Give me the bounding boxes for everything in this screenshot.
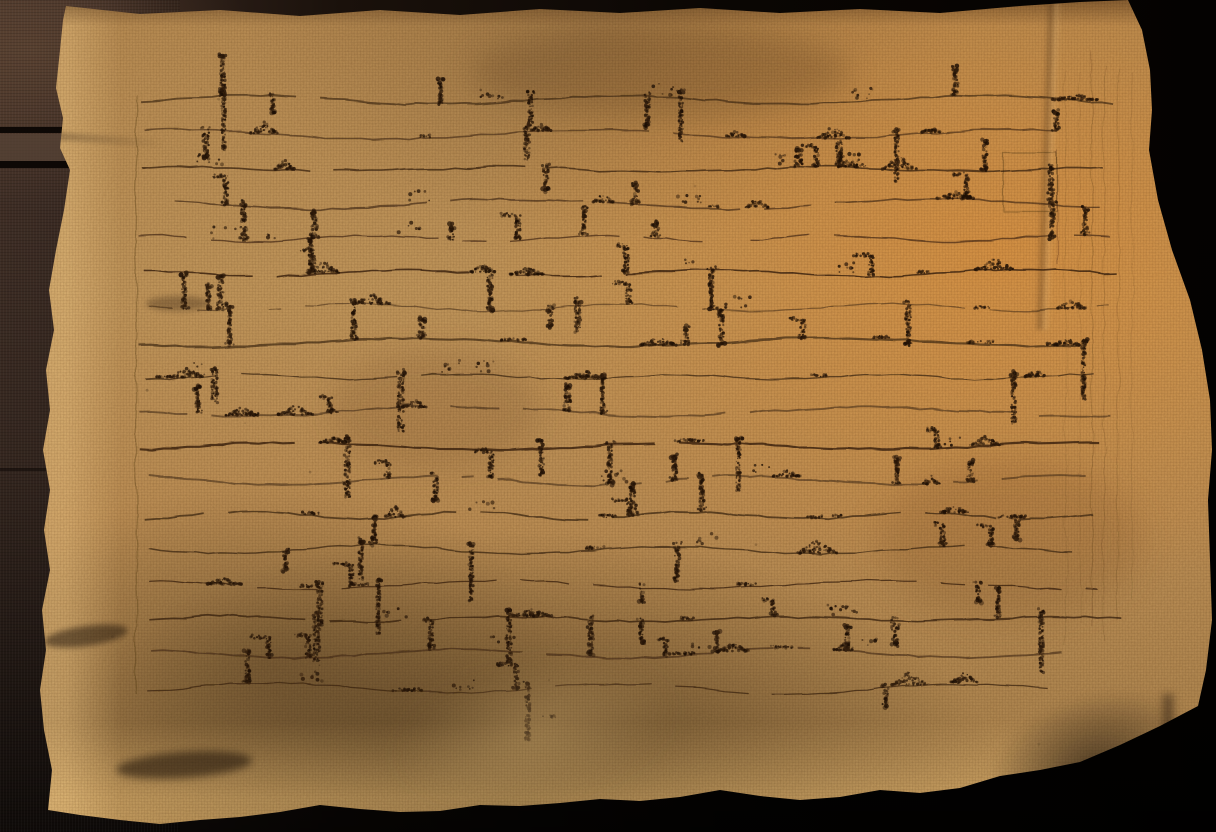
- photo-scene: [0, 0, 1216, 832]
- canvas-weave-texture: [0, 0, 1216, 832]
- wood-plank-seam: [0, 468, 50, 471]
- wood-plank-seam: [0, 161, 76, 168]
- parchment-sheet: [0, 0, 1216, 832]
